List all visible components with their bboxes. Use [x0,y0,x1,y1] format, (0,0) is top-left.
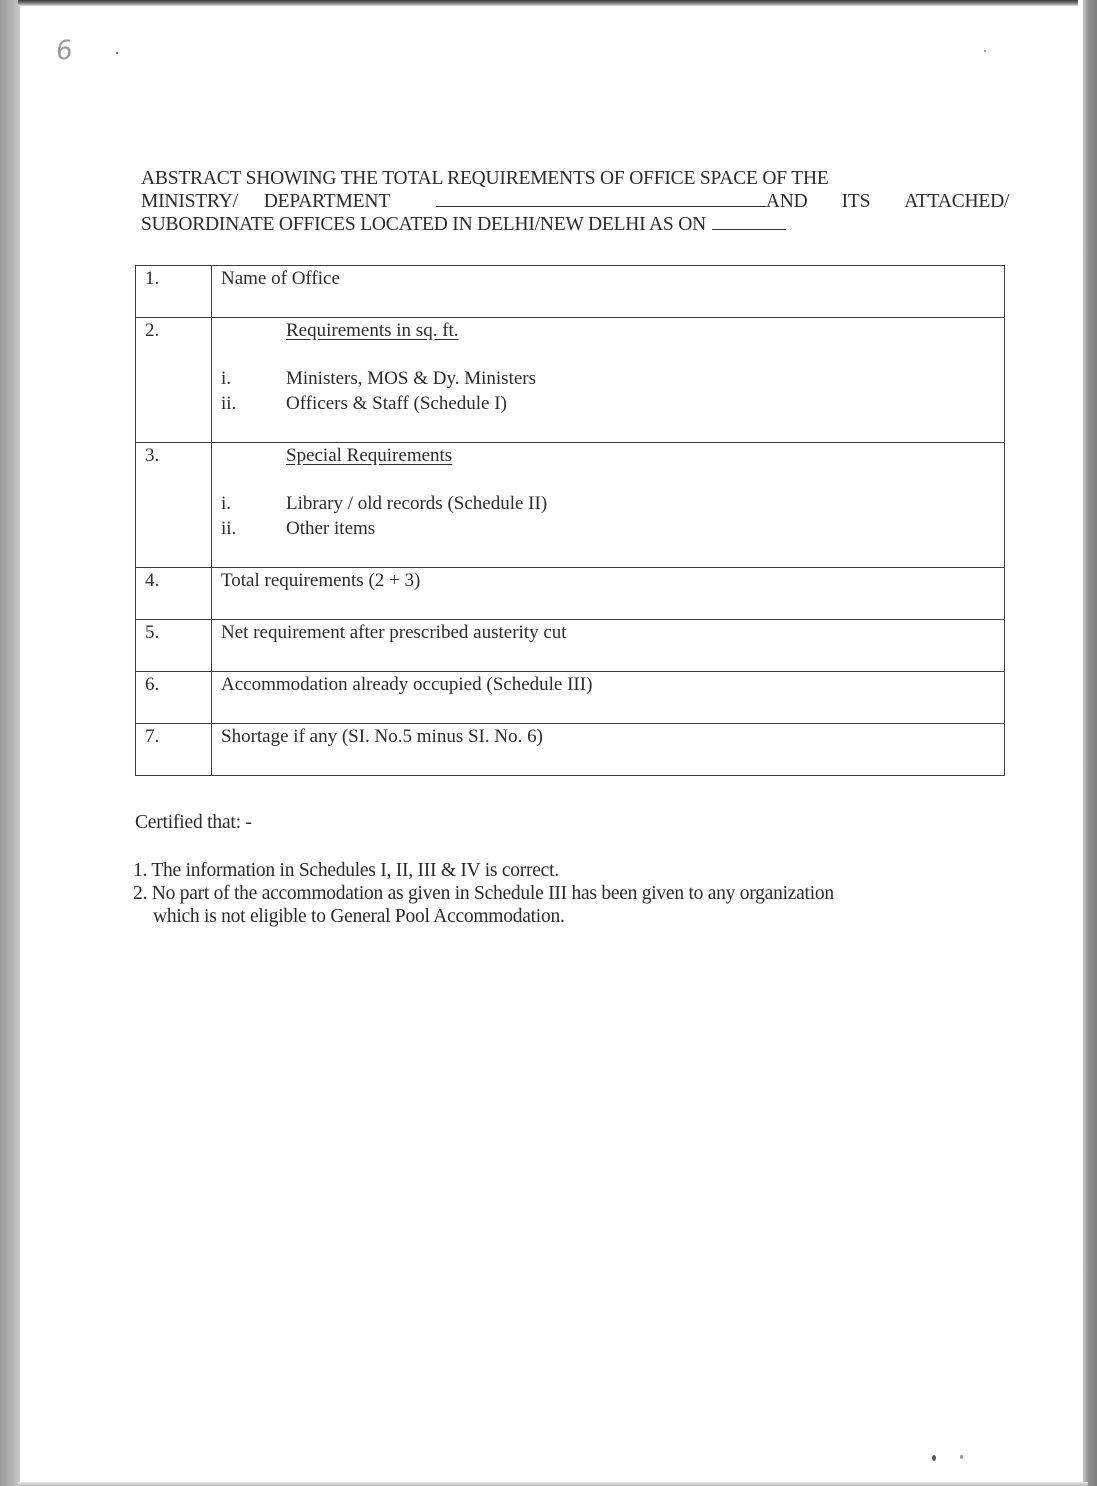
department-name-blank[interactable] [436,190,766,207]
table-row: 7. Shortage if any (SI. No.5 minus SI. N… [136,724,1005,776]
document-title: ABSTRACT SHOWING THE TOTAL REQUIREMENTS … [141,167,1005,236]
sub-item-label: Other items [286,516,375,541]
sub-item-label: Officers & Staff (Schedule I) [286,391,507,416]
title-department: DEPARTMENT [264,190,390,213]
handwritten-page-number: 6 [54,35,75,67]
scan-edge-top [18,0,1078,6]
serial-number: 5. [136,620,212,672]
sub-item-label: Ministers, MOS & Dy. Ministers [286,366,536,391]
table-row: 1. Name of Office [136,266,1005,318]
row-label: Accommodation already occupied (Schedule… [212,672,1005,724]
serial-number: 7. [136,724,212,776]
serial-number: 4. [136,568,212,620]
row-label: Total requirements (2 + 3) [212,568,1005,620]
row-section: Special Requirements i. Library / old re… [212,443,1005,568]
table-row: 5. Net requirement after prescribed aust… [136,620,1005,672]
scan-speck [932,1455,936,1461]
section-heading: Special Requirements [286,445,1004,467]
sub-item-number: i. [221,366,286,391]
as-on-date-blank[interactable] [712,213,786,230]
sub-item: ii. Officers & Staff (Schedule I) [221,391,1004,416]
certification-item-continuation: which is not eligible to General Pool Ac… [133,905,834,928]
scan-speck [960,1455,963,1459]
title-ministry: MINISTRY/ [141,190,238,213]
sub-item-number: i. [221,491,286,516]
row-label: Net requirement after prescribed austeri… [212,620,1005,672]
title-line-3-text: SUBORDINATE OFFICES LOCATED IN DELHI/NEW… [141,214,706,235]
certification-heading: Certified that: - [135,812,252,834]
row-section: Requirements in sq. ft. i. Ministers, MO… [212,318,1005,443]
scan-edge-right [1083,0,1097,1486]
scan-speck [116,52,118,54]
table-row: 3. Special Requirements i. Library / old… [136,443,1005,568]
title-its: ITS [842,190,871,213]
title-attached: ATTACHED/ [904,190,1009,213]
sub-item-label: Library / old records (Schedule II) [286,491,547,516]
title-line-2: MINISTRY/ DEPARTMENT AND ITS ATTACHED/ [141,190,1005,213]
serial-number: 6. [136,672,212,724]
sub-item-number: ii. [221,391,286,416]
serial-number: 1. [136,266,212,318]
section-heading: Requirements in sq. ft. [286,320,1004,342]
row-label: Name of Office [212,266,1005,318]
table-row: 6. Accommodation already occupied (Sched… [136,672,1005,724]
scan-edge-bottom [18,1482,1088,1486]
sub-item: i. Library / old records (Schedule II) [221,491,1004,516]
serial-number: 3. [136,443,212,568]
certification-item: 2. No part of the accommodation as given… [133,882,834,905]
table-row: 4. Total requirements (2 + 3) [136,568,1005,620]
serial-number: 2. [136,318,212,443]
row-label: Shortage if any (SI. No.5 minus SI. No. … [212,724,1005,776]
sub-item: ii. Other items [221,516,1004,541]
title-line-3: SUBORDINATE OFFICES LOCATED IN DELHI/NEW… [141,213,1005,236]
sub-item: i. Ministers, MOS & Dy. Ministers [221,366,1004,391]
sub-item-number: ii. [221,516,286,541]
certification-item: 1. The information in Schedules I, II, I… [133,859,834,882]
title-line-1: ABSTRACT SHOWING THE TOTAL REQUIREMENTS … [141,167,1005,190]
title-and: AND [766,190,808,213]
table-row: 2. Requirements in sq. ft. i. Ministers,… [136,318,1005,443]
scan-edge-left [0,0,20,1486]
certification-list: 1. The information in Schedules I, II, I… [133,859,834,928]
scan-speck [984,50,986,52]
requirements-table: 1. Name of Office 2. Requirements in sq.… [135,265,1005,776]
